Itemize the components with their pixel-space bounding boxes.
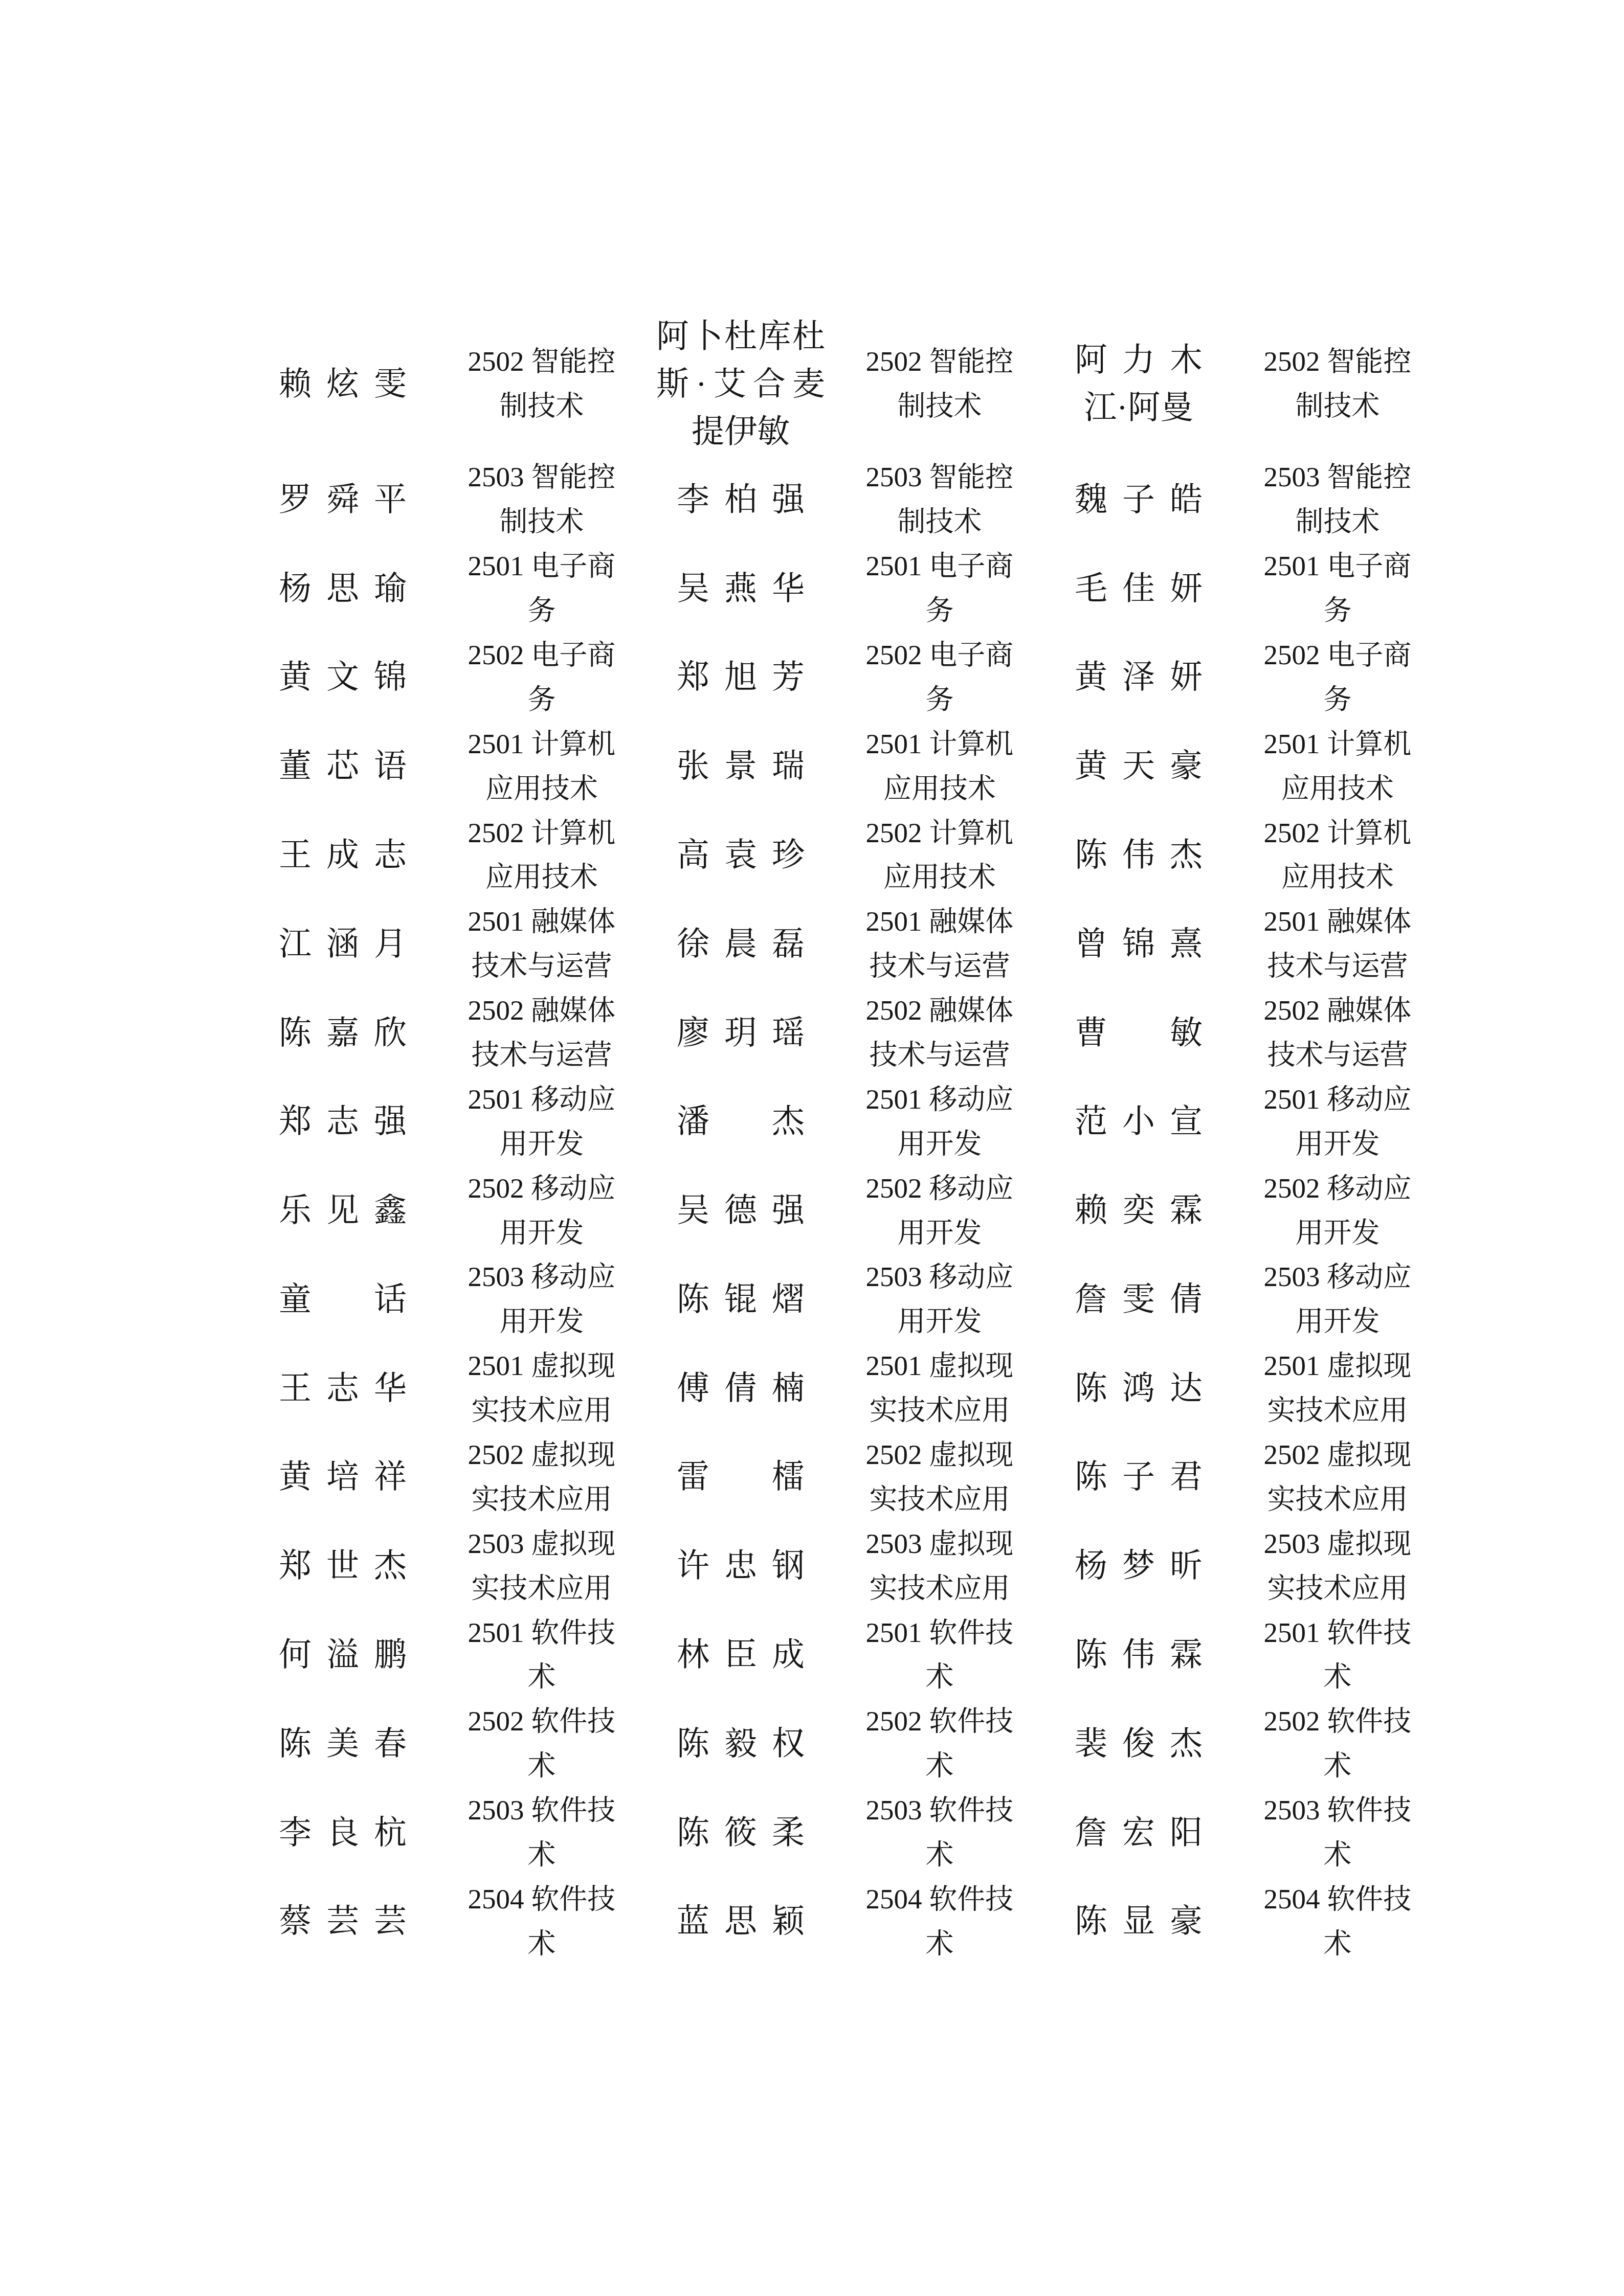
student-name: 陈鸿达 <box>1075 1365 1203 1412</box>
student-name: 吴德强 <box>677 1187 805 1234</box>
class-name-cell: 2503 软件技术 <box>858 1788 1021 1877</box>
student-name-cell: 乐见鑫 <box>258 1187 427 1234</box>
student-name-cell: 高袁珍 <box>656 831 825 879</box>
student-name: 林臣成 <box>677 1631 805 1679</box>
class-name-cell: 2504 软件技术 <box>1256 1877 1419 1966</box>
student-name: 潘杰 <box>677 1098 805 1145</box>
student-name: 何溢鹏 <box>279 1631 407 1679</box>
student-name-cell: 李良杭 <box>258 1809 427 1857</box>
student-name: 陈美春 <box>279 1720 407 1768</box>
student-name-cell: 陈显豪 <box>1054 1898 1223 1945</box>
class-name-cell: 2502 软件技术 <box>460 1699 624 1788</box>
student-name: 魏子皓 <box>1075 476 1203 524</box>
student-name: 王志华 <box>279 1365 407 1412</box>
class-name-cell: 2501 软件技术 <box>460 1611 624 1700</box>
student-name-cell: 魏子皓 <box>1054 476 1223 524</box>
student-name-cell: 吴燕华 <box>656 565 825 613</box>
class-name-cell: 2502 虚拟现实技术应用 <box>858 1433 1021 1522</box>
student-name-cell: 裴俊杰 <box>1054 1720 1223 1768</box>
student-name: 阿卜杜库杜斯·艾合麦提伊敏 <box>656 313 825 455</box>
student-name: 李柏强 <box>677 476 805 524</box>
student-name-cell: 黄培祥 <box>258 1453 427 1501</box>
student-name-cell: 林臣成 <box>656 1631 825 1679</box>
student-name: 王成志 <box>279 831 407 879</box>
class-name-cell: 2501 移动应用开发 <box>1256 1077 1419 1166</box>
class-name-cell: 2501 计算机应用技术 <box>1256 722 1419 811</box>
student-name: 裴俊杰 <box>1075 1720 1203 1768</box>
student-name: 阿力木江·阿曼 <box>1075 336 1203 432</box>
student-name-cell: 陈伟杰 <box>1054 831 1223 879</box>
student-name-cell: 陈毅权 <box>656 1720 825 1768</box>
student-name: 詹雯倩 <box>1075 1276 1203 1323</box>
class-name-cell: 2502 软件技术 <box>858 1699 1021 1788</box>
student-name-cell: 傅倩楠 <box>656 1365 825 1412</box>
student-name-cell: 郑世杰 <box>258 1542 427 1590</box>
class-name-cell: 2501 融媒体技术与运营 <box>858 899 1021 988</box>
document-page: 赖炫雯2502 智能控制技术阿卜杜库杜斯·艾合麦提伊敏2502 智能控制技术阿力… <box>0 0 1624 2296</box>
class-name-cell: 2504 软件技术 <box>460 1877 624 1966</box>
student-name-cell: 黄文锦 <box>258 654 427 701</box>
student-name-cell: 陈鸿达 <box>1054 1365 1223 1412</box>
student-name: 陈子君 <box>1075 1453 1203 1501</box>
student-name: 乐见鑫 <box>279 1187 407 1234</box>
student-name-cell: 阿力木江·阿曼 <box>1054 336 1223 432</box>
class-name-cell: 2503 智能控制技术 <box>858 455 1021 544</box>
student-name-cell: 曾锦熹 <box>1054 920 1223 968</box>
student-name: 范小宣 <box>1075 1098 1203 1145</box>
student-name-cell: 郑旭芳 <box>656 654 825 701</box>
class-name-cell: 2503 软件技术 <box>460 1788 624 1877</box>
student-name-cell: 徐晨磊 <box>656 920 825 968</box>
student-name: 董芯语 <box>279 742 407 790</box>
student-name-cell: 王成志 <box>258 831 427 879</box>
student-name-cell: 黄天豪 <box>1054 742 1223 790</box>
student-name: 毛佳妍 <box>1075 565 1203 613</box>
student-name: 罗舜平 <box>279 476 407 524</box>
student-name-cell: 黄泽妍 <box>1054 654 1223 701</box>
student-name: 杨思瑜 <box>279 565 407 613</box>
student-name-cell: 陈美春 <box>258 1720 427 1768</box>
student-name: 童话 <box>279 1276 407 1323</box>
student-name: 陈伟杰 <box>1075 831 1203 879</box>
class-name-cell: 2502 虚拟现实技术应用 <box>460 1433 624 1522</box>
student-name-cell: 赖奕霖 <box>1054 1187 1223 1234</box>
student-name-cell: 罗舜平 <box>258 476 427 524</box>
student-name: 詹宏阳 <box>1075 1809 1203 1857</box>
class-name-cell: 2501 电子商务 <box>858 544 1021 633</box>
student-name-cell: 蔡芸芸 <box>258 1898 427 1945</box>
student-name: 黄天豪 <box>1075 742 1203 790</box>
class-name-cell: 2503 智能控制技术 <box>460 455 624 544</box>
student-name: 徐晨磊 <box>677 920 805 968</box>
student-name: 陈伟霖 <box>1075 1631 1203 1679</box>
class-name-cell: 2501 融媒体技术与运营 <box>460 899 624 988</box>
student-name-cell: 阿卜杜库杜斯·艾合麦提伊敏 <box>656 313 825 455</box>
student-name: 黄文锦 <box>279 654 407 701</box>
class-name-cell: 2503 移动应用开发 <box>1256 1255 1419 1344</box>
student-name-cell: 吴德强 <box>656 1187 825 1234</box>
student-name-cell: 陈伟霖 <box>1054 1631 1223 1679</box>
class-name-cell: 2502 移动应用开发 <box>858 1166 1021 1255</box>
student-name: 陈毅权 <box>677 1720 805 1768</box>
student-name: 曹敏 <box>1075 1009 1203 1057</box>
class-name-cell: 2501 融媒体技术与运营 <box>1256 899 1419 988</box>
class-name-cell: 2503 移动应用开发 <box>460 1255 624 1344</box>
student-name: 廖玥瑶 <box>677 1009 805 1057</box>
class-name-cell: 2502 计算机应用技术 <box>1256 811 1419 900</box>
class-name-cell: 2503 虚拟现实技术应用 <box>1256 1522 1419 1611</box>
class-name-cell: 2503 移动应用开发 <box>858 1255 1021 1344</box>
class-name-cell: 2502 智能控制技术 <box>1256 340 1419 429</box>
student-name: 高袁珍 <box>677 831 805 879</box>
student-name: 陈嘉欣 <box>279 1009 407 1057</box>
class-name-cell: 2503 软件技术 <box>1256 1788 1419 1877</box>
student-name: 许忠钢 <box>677 1542 805 1590</box>
student-name-cell: 詹宏阳 <box>1054 1809 1223 1857</box>
class-name-cell: 2502 移动应用开发 <box>1256 1166 1419 1255</box>
class-name-cell: 2502 智能控制技术 <box>460 340 624 429</box>
student-name-cell: 杨思瑜 <box>258 565 427 613</box>
student-name-cell: 许忠钢 <box>656 1542 825 1590</box>
class-name-cell: 2502 软件技术 <box>1256 1699 1419 1788</box>
student-name: 黄泽妍 <box>1075 654 1203 701</box>
class-name-cell: 2501 移动应用开发 <box>858 1077 1021 1166</box>
student-name: 蔡芸芸 <box>279 1898 407 1945</box>
class-name-cell: 2502 移动应用开发 <box>460 1166 624 1255</box>
student-name-cell: 陈锟熠 <box>656 1276 825 1323</box>
student-name: 张景瑞 <box>677 742 805 790</box>
student-name-cell: 董芯语 <box>258 742 427 790</box>
student-name-cell: 李柏强 <box>656 476 825 524</box>
student-name-cell: 陈子君 <box>1054 1453 1223 1501</box>
class-name-cell: 2501 电子商务 <box>1256 544 1419 633</box>
class-name-cell: 2504 软件技术 <box>858 1877 1021 1966</box>
class-name-cell: 2501 移动应用开发 <box>460 1077 624 1166</box>
class-name-cell: 2503 虚拟现实技术应用 <box>460 1522 624 1611</box>
class-name-cell: 2501 虚拟现实技术应用 <box>858 1344 1021 1433</box>
student-name: 杨梦昕 <box>1075 1542 1203 1590</box>
class-name-cell: 2501 软件技术 <box>858 1611 1021 1700</box>
student-name-cell: 郑志强 <box>258 1098 427 1145</box>
student-name: 赖炫雯 <box>279 361 407 408</box>
student-name: 陈显豪 <box>1075 1898 1203 1945</box>
student-name-cell: 王志华 <box>258 1365 427 1412</box>
class-name-cell: 2502 虚拟现实技术应用 <box>1256 1433 1419 1522</box>
student-name-cell: 詹雯倩 <box>1054 1276 1223 1323</box>
class-name-cell: 2503 智能控制技术 <box>1256 455 1419 544</box>
student-name-cell: 廖玥瑶 <box>656 1009 825 1057</box>
class-name-cell: 2501 虚拟现实技术应用 <box>460 1344 624 1433</box>
student-name: 陈锟熠 <box>677 1276 805 1323</box>
student-name: 郑世杰 <box>279 1542 407 1590</box>
student-name-cell: 毛佳妍 <box>1054 565 1223 613</box>
student-name: 郑志强 <box>279 1098 407 1145</box>
student-name-cell: 杨梦昕 <box>1054 1542 1223 1590</box>
student-name-cell: 曹敏 <box>1054 1009 1223 1057</box>
student-name-cell: 蓝思颖 <box>656 1898 825 1945</box>
student-name: 李良杭 <box>279 1809 407 1857</box>
student-name: 郑旭芳 <box>677 654 805 701</box>
student-name: 陈筱柔 <box>677 1809 805 1857</box>
student-name: 吴燕华 <box>677 565 805 613</box>
class-name-cell: 2502 融媒体技术与运营 <box>858 988 1021 1077</box>
student-name: 傅倩楠 <box>677 1365 805 1412</box>
student-name-cell: 张景瑞 <box>656 742 825 790</box>
class-name-cell: 2503 虚拟现实技术应用 <box>858 1522 1021 1611</box>
class-name-cell: 2502 电子商务 <box>1256 633 1419 722</box>
class-name-cell: 2502 融媒体技术与运营 <box>460 988 624 1077</box>
student-class-table: 赖炫雯2502 智能控制技术阿卜杜库杜斯·艾合麦提伊敏2502 智能控制技术阿力… <box>258 313 1419 1966</box>
class-name-cell: 2501 计算机应用技术 <box>858 722 1021 811</box>
class-name-cell: 2501 软件技术 <box>1256 1611 1419 1700</box>
student-name: 蓝思颖 <box>677 1898 805 1945</box>
student-name-cell: 童话 <box>258 1276 427 1323</box>
class-name-cell: 2502 计算机应用技术 <box>460 811 624 900</box>
class-name-cell: 2501 虚拟现实技术应用 <box>1256 1344 1419 1433</box>
class-name-cell: 2502 计算机应用技术 <box>858 811 1021 900</box>
student-name-cell: 江涵月 <box>258 920 427 968</box>
student-name: 江涵月 <box>279 920 407 968</box>
class-name-cell: 2502 电子商务 <box>858 633 1021 722</box>
class-name-cell: 2501 电子商务 <box>460 544 624 633</box>
student-name-cell: 赖炫雯 <box>258 361 427 408</box>
class-name-cell: 2502 融媒体技术与运营 <box>1256 988 1419 1077</box>
student-name: 黄培祥 <box>279 1453 407 1501</box>
student-name-cell: 陈筱柔 <box>656 1809 825 1857</box>
student-name-cell: 何溢鹏 <box>258 1631 427 1679</box>
student-name-cell: 潘杰 <box>656 1098 825 1145</box>
student-name-cell: 雷檑 <box>656 1453 825 1501</box>
student-name: 曾锦熹 <box>1075 920 1203 968</box>
student-name: 赖奕霖 <box>1075 1187 1203 1234</box>
class-name-cell: 2501 计算机应用技术 <box>460 722 624 811</box>
student-name-cell: 陈嘉欣 <box>258 1009 427 1057</box>
class-name-cell: 2502 智能控制技术 <box>858 340 1021 429</box>
student-name-cell: 范小宣 <box>1054 1098 1223 1145</box>
student-name: 雷檑 <box>677 1453 805 1501</box>
class-name-cell: 2502 电子商务 <box>460 633 624 722</box>
